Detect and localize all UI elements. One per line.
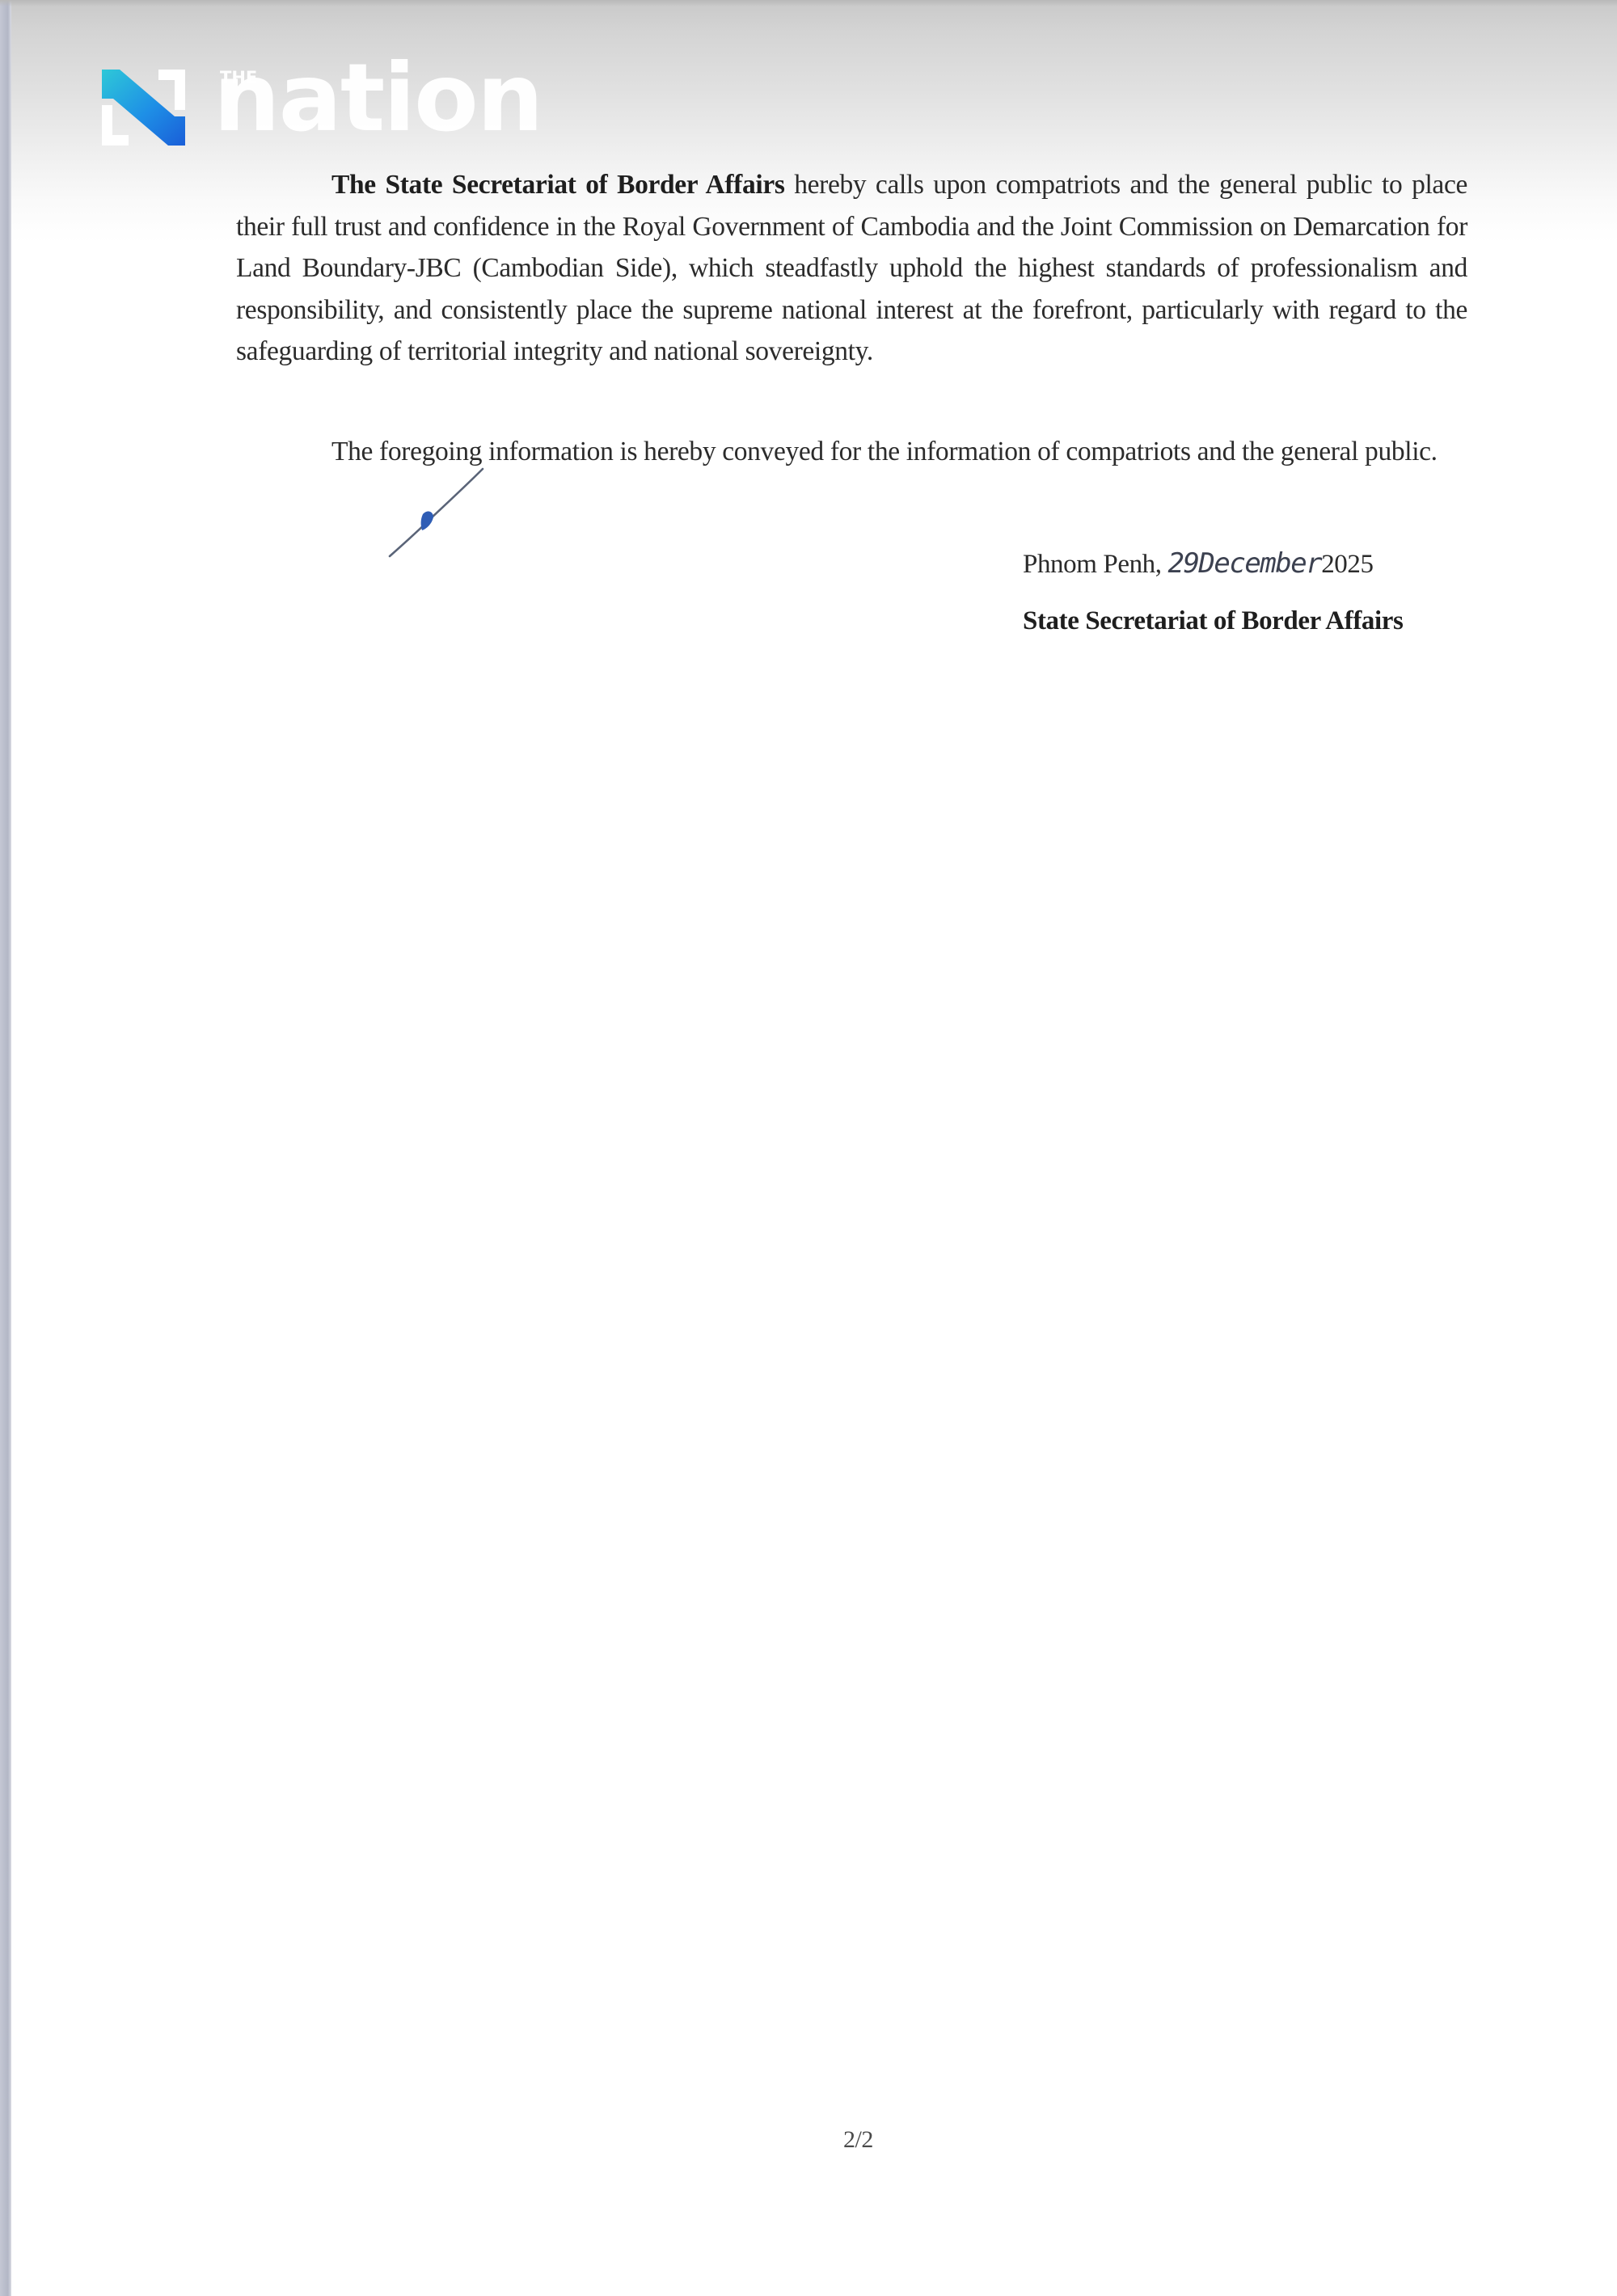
page-number: 2/2 xyxy=(843,2126,873,2154)
paragraph-call-for-trust: The State Secretariat of Border Affairs … xyxy=(236,164,1467,373)
handwritten-date: 29December xyxy=(1167,547,1321,580)
the-nation-n-logo-icon xyxy=(95,63,192,152)
issuer-signature-block: State Secretariat of Border Affairs xyxy=(1023,606,1403,636)
the-nation-logo[interactable]: THE nation xyxy=(95,63,516,156)
paragraph-2-text: The foregoing information is hereby conv… xyxy=(331,437,1438,466)
top-shadow xyxy=(0,0,1617,6)
signature-stroke-icon xyxy=(380,461,493,562)
place-text: Phnom Penh, xyxy=(1023,550,1162,579)
logo-wordmark: nation xyxy=(213,52,542,146)
date-year: 2025 xyxy=(1321,550,1373,579)
place-and-date: Phnom Penh, 29December2025 xyxy=(1023,547,1374,580)
scan-edge-strip xyxy=(0,0,11,2296)
issuer-bold-lead: The State Secretariat of Border Affairs xyxy=(331,170,785,200)
